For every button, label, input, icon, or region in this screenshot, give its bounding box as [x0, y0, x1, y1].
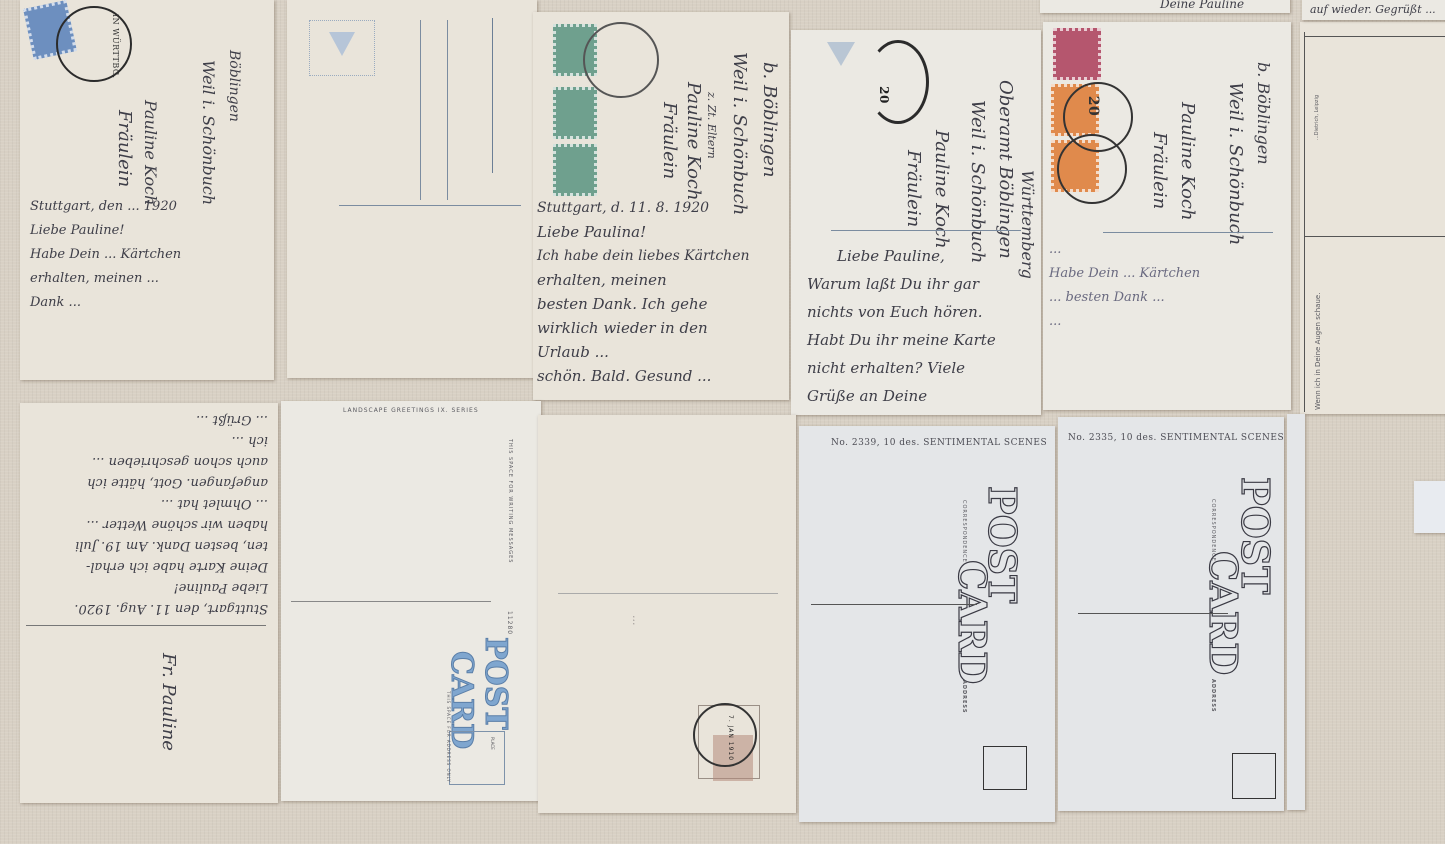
postcard-bottom-4: No. 2339, 10 des. SENTIMENTAL SCENES COR…: [799, 426, 1055, 822]
stamp-box: [983, 746, 1027, 790]
stamp: [1053, 28, 1101, 80]
postmark-date: 7. JAN 1910: [727, 715, 734, 761]
address-line: z. Zt. Eltern: [699, 92, 723, 159]
postcard-edge-partial: [1287, 414, 1305, 810]
address-line: Pauline Koch: [1175, 102, 1199, 221]
message: Liebe Pauline, Warum laßt Du ihr gar nic…: [807, 242, 1037, 415]
postcard-top-7-partial: Deine Pauline: [1040, 0, 1290, 13]
divider: [1304, 36, 1445, 37]
address-line: Fräulein: [901, 150, 925, 227]
postmark: [693, 703, 757, 767]
side-text: THIS SPACE FOR WRITING MESSAGES: [507, 439, 513, 563]
postcard-bottom-5: No. 2335, 10 des. SENTIMENTAL SCENES COR…: [1058, 417, 1284, 811]
postmark: [867, 40, 929, 124]
postcard-top-3: Fräulein Pauline Koch z. Zt. Eltern Weil…: [533, 12, 789, 400]
divider: [1078, 613, 1228, 614]
postmark: [583, 22, 659, 98]
address-line: Weil i. Schönbuch: [1223, 82, 1247, 245]
postmark-number: 20: [877, 86, 891, 104]
address-line: Weil i. Schönbuch: [965, 100, 989, 263]
address-label: ADDRESS: [961, 680, 967, 713]
triangle-icon: [329, 32, 355, 56]
divider: [339, 205, 521, 206]
signature: Fr. Pauline: [156, 653, 180, 751]
post-card-logo: CARD: [950, 560, 995, 684]
postcard-bottom-2: LANDSCAPE GREETINGS IX. SERIES THIS SPAC…: [281, 401, 541, 801]
postcard-top-2: [287, 0, 537, 378]
address-line: Pauline Koch: [138, 100, 162, 205]
address-line: Weil i. Schönbuch: [727, 52, 751, 215]
divider: [1304, 32, 1305, 412]
address-line: Böblingen: [222, 50, 246, 122]
divider: [26, 625, 266, 626]
post-card-logo: POST: [478, 637, 513, 730]
divider: [558, 593, 778, 594]
postcard-top-4: 20 Fräulein Pauline Koch Weil i. Schönbu…: [791, 30, 1041, 415]
series-header: No. 2339, 10 des. SENTIMENTAL SCENES: [831, 438, 1047, 448]
stamp-box: [449, 731, 505, 785]
stamp: [553, 87, 597, 139]
divider: [492, 18, 493, 173]
series-number: 11280: [506, 611, 513, 635]
stamp-box: [1232, 753, 1276, 799]
stamp: [553, 144, 597, 196]
message: Stuttgart, den 11. Aug. 1920. Liebe Paul…: [20, 403, 278, 621]
divider: [291, 601, 491, 602]
stamp-box-text: PLACE: [490, 737, 495, 750]
bottom-text: THIS SPACE FOR ADDRESS ONLY: [446, 691, 451, 783]
address-line: Oberamt Böblingen: [993, 80, 1017, 259]
address-line: b. Böblingen: [757, 62, 781, 177]
address-line: Fräulein: [112, 110, 136, 187]
postcard-top-8-partial: auf wieder. Gegrüßt ...: [1302, 0, 1445, 20]
divider: [420, 20, 421, 200]
message: Stuttgart, d. 11. 8. 1920 Liebe Paulina!…: [537, 196, 787, 388]
address-line: b. Böblingen: [1251, 62, 1275, 165]
message: ... Habe Dein ... Kärtchen ... besten Da…: [1049, 238, 1289, 334]
paper-scrap: [1414, 481, 1445, 533]
postmark-text: IN WÜRTTBG.: [111, 14, 120, 79]
postcard-top-5: 20 Fräulein Pauline Koch Weil i. Schönbu…: [1043, 22, 1291, 410]
address-line: Fräulein: [1147, 132, 1171, 209]
divider: [831, 230, 1021, 231]
address-label: ADDRESS: [1210, 679, 1216, 712]
postcard-top-6: Wenn ich in Deine Augen schaue. ...Dietr…: [1300, 22, 1445, 414]
address-line: Fräulein: [657, 102, 681, 179]
series-header: No. 2335, 10 des. SENTIMENTAL SCENES: [1068, 433, 1284, 443]
triangle-icon: [827, 42, 855, 66]
address-line: Weil i. Schönbuch: [196, 60, 220, 205]
postcard-bottom-3: 7. JAN 1910 ...: [538, 415, 796, 813]
postcard-bottom-1: Stuttgart, den 11. Aug. 1920. Liebe Paul…: [20, 403, 278, 803]
publisher: ...Dietrich, Leipzig: [1314, 95, 1320, 140]
message: Stuttgart, den ... 1920 Liebe Pauline! H…: [30, 195, 270, 315]
correspondence-label: CORRESPONDENCE: [961, 500, 967, 563]
divider: [811, 604, 977, 605]
divider: [1103, 232, 1273, 233]
series-header: LANDSCAPE GREETINGS IX. SERIES: [343, 407, 479, 414]
postmark-number: 20: [1085, 96, 1101, 116]
postmark: [1057, 134, 1127, 204]
postcard-top-1: IN WÜRTTBG. Fräulein Pauline Koch Weil i…: [20, 0, 274, 380]
postmark: [56, 6, 132, 82]
caption: Wenn ich in Deine Augen schaue.: [1314, 293, 1322, 410]
divider: [1304, 236, 1445, 237]
divider: [447, 20, 448, 200]
